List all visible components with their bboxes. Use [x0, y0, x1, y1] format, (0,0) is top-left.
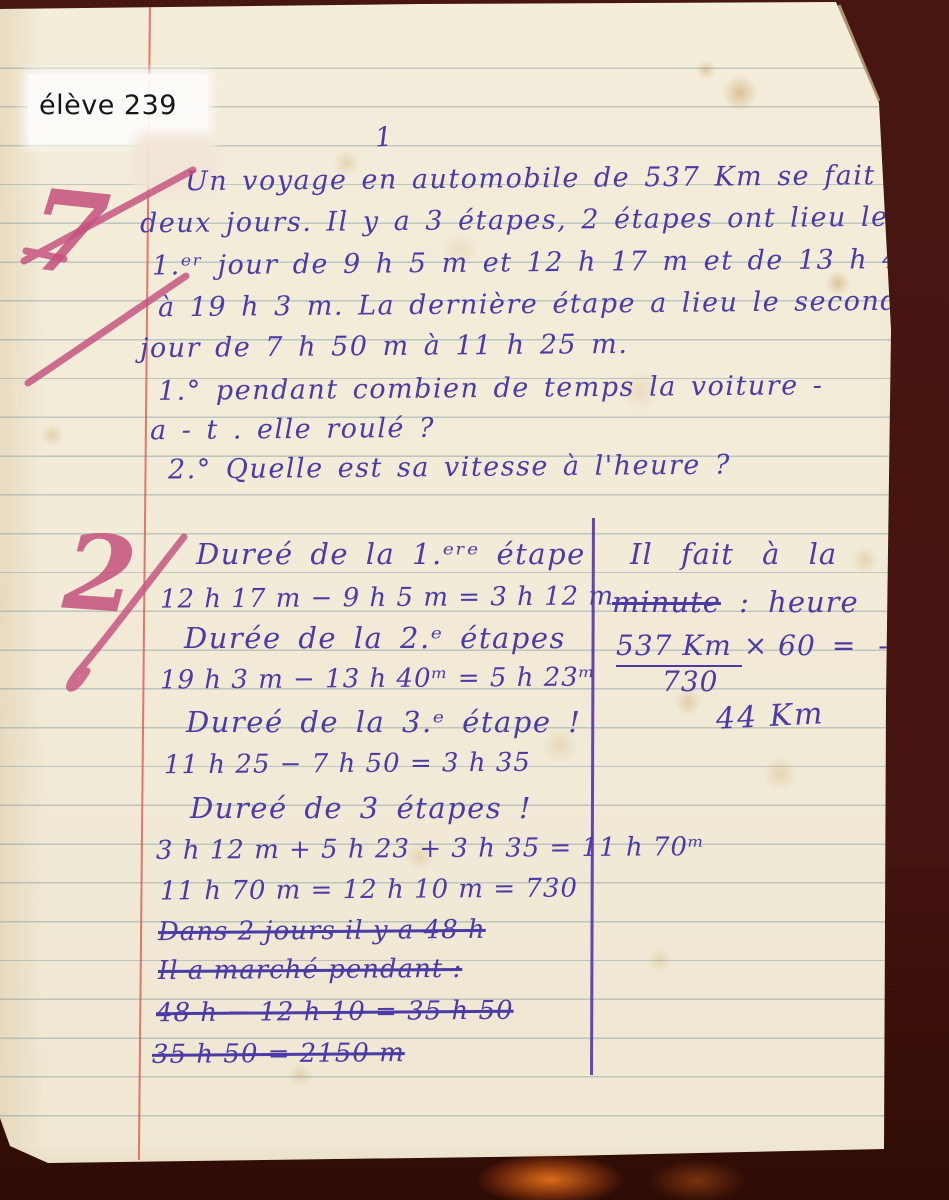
problem-line: Un voyage en automobile de 537 Km se fai… [185, 160, 926, 198]
solution-line-left: Dureé de 3 étapes ! [190, 792, 532, 825]
light-glare [455, 1146, 645, 1200]
solution-line-left: 11 h 25 − 7 h 50 = 3 h 35 [164, 749, 531, 781]
solution-line-left: Dureé de la 1.ᵉʳᵉ étape [196, 538, 586, 571]
solution-line-left: Dureé de la 3.ᵉ étape ! [186, 706, 581, 739]
solution-line-left: 12 h 17 m − 9 h 5 m = 3 h 12 m [160, 582, 614, 615]
page-number: 1 [374, 121, 394, 153]
problem-line: deux jours. Il y a 3 étapes, 2 étapes on… [140, 202, 889, 240]
struck-word: minute [612, 585, 721, 619]
solution-line-left: 19 h 3 m − 13 h 40ᵐ = 5 h 23ᵐ [160, 663, 596, 696]
solution-line-left-struck: 35 h 50 = 2150 m [152, 1039, 405, 1071]
student-label: élève 239 [28, 74, 208, 144]
solution-line-left: 11 h 70 m = 12 h 10 m = 730 [160, 875, 578, 908]
solution-line-left-struck: 48 h − 12 h 10 = 35 h 50 [156, 997, 514, 1029]
fraction-denominator: 730 [662, 666, 718, 698]
solution-result: 44 Km [715, 697, 825, 737]
problem-line: 2.° Quelle est sa vitesse à l'heure ? [168, 450, 731, 486]
problem-line: a - t . elle roulé ? [150, 413, 435, 447]
problem-line: 1.° pendant combien de temps la voiture … [158, 370, 824, 407]
solution-fraction: 537 Km× 60=- [616, 630, 889, 662]
grade-mark-2: 2 [60, 510, 141, 638]
solution-line-left: Durée de la 2.ᵉ étapes [184, 622, 566, 655]
solution-line-left: 3 h 12 m + 5 h 23 + 3 h 35 = 11 h 70ᵐ [156, 833, 705, 867]
equals-tail: - [878, 629, 888, 662]
solution-line-right: Il fait à la [630, 538, 837, 571]
light-glare [632, 1152, 762, 1200]
fraction-numerator: 537 Km [616, 629, 742, 667]
solution-line-left-struck: Il a marché pendant : [158, 955, 462, 987]
solution-line-left-struck: Dans 2 jours il y a 48 h [158, 916, 486, 948]
notebook-paper: élève 239 1 Un voyage en automobile de 5… [0, 0, 949, 1200]
equals-sign: = [832, 629, 856, 662]
fraction-operation: × 60 [744, 629, 816, 662]
grade-mark-7: 7 [23, 164, 114, 302]
solution-line-right: minute : heure [612, 586, 859, 619]
problem-line: à 19 h 3 m. La dernière étape a lieu le … [158, 286, 899, 324]
problem-line: jour de 7 h 50 m à 11 h 25 m. [140, 329, 629, 364]
solution-word: : heure [739, 585, 859, 619]
student-label-text: élève 239 [39, 90, 177, 121]
scanned-notebook-page: élève 239 1 Un voyage en automobile de 5… [0, 0, 949, 1200]
